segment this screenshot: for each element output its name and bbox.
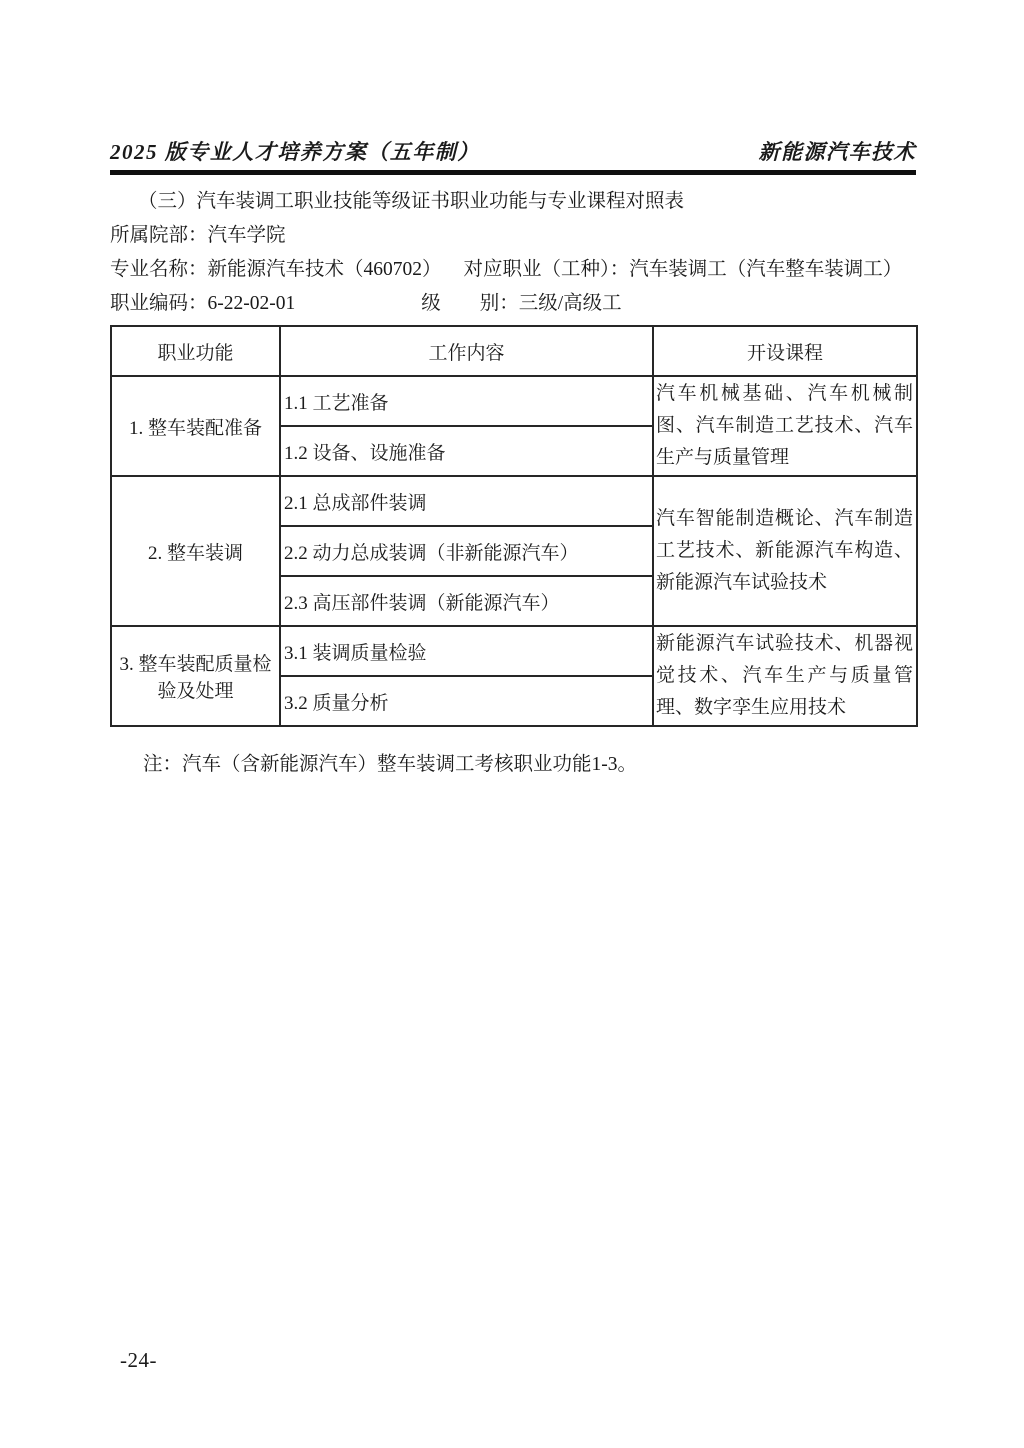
table-row: 3. 整车装配质量检验及处理 3.1 装调质量检验 新能源汽车试验技术、机器视觉… <box>111 626 917 676</box>
courses-cell-2: 汽车智能制造概论、汽车制造工艺技术、新能源汽车构造、新能源汽车试验技术 <box>653 476 917 626</box>
header-right-title: 新能源汽车技术 <box>759 139 917 165</box>
occupation-code-label: 职业编码：6-22-02-01 <box>110 293 295 314</box>
function-cell-1: 1. 整车装配准备 <box>111 376 280 476</box>
col-header-function: 职业功能 <box>111 326 280 376</box>
level-label: 级 别：三级/高级工 <box>421 293 621 314</box>
task-cell-2-3: 2.3 高压部件装调（新能源汽车） <box>280 576 653 626</box>
function-cell-3: 3. 整车装配质量检验及处理 <box>111 626 280 726</box>
document-page: 2025 版专业人才培养方案（五年制） 新能源汽车技术 （三）汽车装调工职业技能… <box>0 0 1024 1448</box>
header-left-title: 2025 版专业人才培养方案（五年制） <box>110 139 480 165</box>
task-cell-2-2: 2.2 动力总成装调（非新能源汽车） <box>280 526 653 576</box>
courses-cell-1: 汽车机械基础、汽车机械制图、汽车制造工艺技术、汽车生产与质量管理 <box>653 376 917 476</box>
department-label: 所属院部：汽车学院 <box>110 225 286 246</box>
function-course-table: 职业功能 工作内容 开设课程 1. 整车装配准备 1.1 工艺准备 汽车机械基础… <box>110 325 918 727</box>
col-header-courses: 开设课程 <box>653 326 917 376</box>
function-cell-2: 2. 整车装调 <box>111 476 280 626</box>
col-header-task: 工作内容 <box>280 326 653 376</box>
task-cell-1-1: 1.1 工艺准备 <box>280 376 653 426</box>
occupation-label: 对应职业（工种）：汽车装调工（汽车整车装调工） <box>464 259 903 280</box>
table-header-row: 职业功能 工作内容 开设课程 <box>111 326 917 376</box>
major-line: 专业名称：新能源汽车技术（460702）对应职业（工种）：汽车装调工（汽车整车装… <box>110 257 916 283</box>
page-number: -24- <box>120 1348 157 1373</box>
section-title: （三）汽车装调工职业技能等级证书职业功能与专业课程对照表 <box>110 189 916 215</box>
table-row: 1. 整车装配准备 1.1 工艺准备 汽车机械基础、汽车机械制图、汽车制造工艺技… <box>111 376 917 426</box>
header-rule <box>110 170 916 175</box>
department-line: 所属院部：汽车学院 <box>110 223 916 249</box>
task-cell-3-2: 3.2 质量分析 <box>280 676 653 726</box>
page-header: 2025 版专业人才培养方案（五年制） 新能源汽车技术 <box>110 139 916 165</box>
table-row: 2. 整车装调 2.1 总成部件装调 汽车智能制造概论、汽车制造工艺技术、新能源… <box>111 476 917 526</box>
task-cell-2-1: 2.1 总成部件装调 <box>280 476 653 526</box>
courses-cell-3: 新能源汽车试验技术、机器视觉技术、汽车生产与质量管理、数字孪生应用技术 <box>653 626 917 726</box>
code-line: 职业编码：6-22-02-01级 别：三级/高级工 <box>110 291 916 317</box>
major-label: 专业名称：新能源汽车技术（460702） <box>110 259 442 280</box>
task-cell-3-1: 3.1 装调质量检验 <box>280 626 653 676</box>
document-content: 2025 版专业人才培养方案（五年制） 新能源汽车技术 （三）汽车装调工职业技能… <box>110 139 916 778</box>
task-cell-1-2: 1.2 设备、设施准备 <box>280 426 653 476</box>
table-note: 注：汽车（含新能源汽车）整车装调工考核职业功能1-3。 <box>110 752 916 778</box>
